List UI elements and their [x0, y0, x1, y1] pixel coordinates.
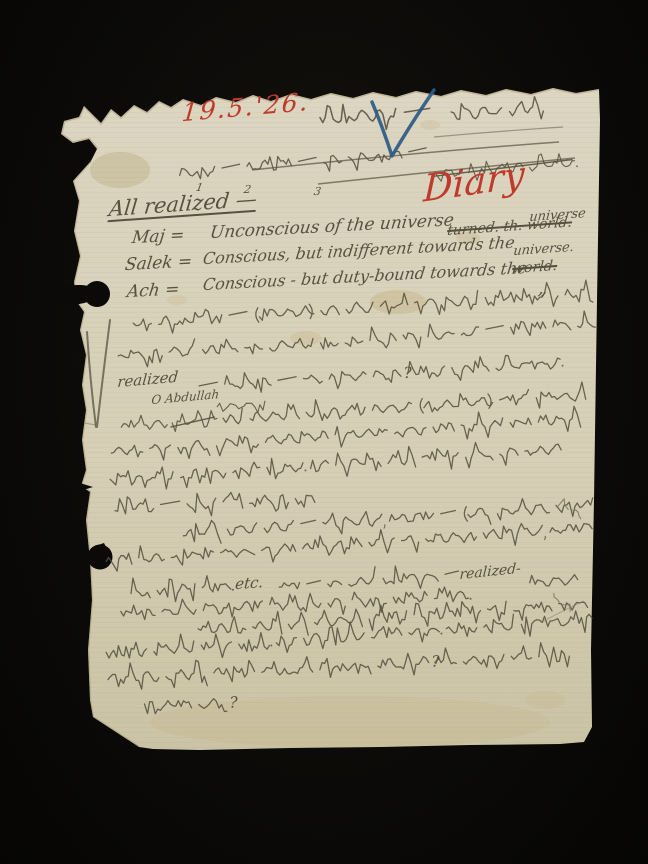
handwriting-layer: 19.5.'26.123DiaryAll realized —Maj =Unco…	[0, 0, 648, 864]
date: 19.5.'26.	[181, 89, 311, 125]
maj-term: Maj =	[131, 227, 186, 247]
svg-text:?: ?	[431, 652, 441, 670]
svg-text:?: ?	[229, 693, 239, 711]
subscript-3: 3	[313, 186, 322, 197]
para1-l3a: realized	[117, 370, 179, 390]
all-realized: All realized —	[108, 189, 258, 221]
maj-correction: universe	[529, 207, 587, 224]
salek-correction: universe.	[513, 241, 575, 258]
ach-term: Ach =	[126, 281, 180, 301]
photo-background: 19.5.'26.123DiaryAll realized —Maj =Unco…	[0, 0, 648, 864]
salek-term: Salek =	[124, 253, 193, 274]
